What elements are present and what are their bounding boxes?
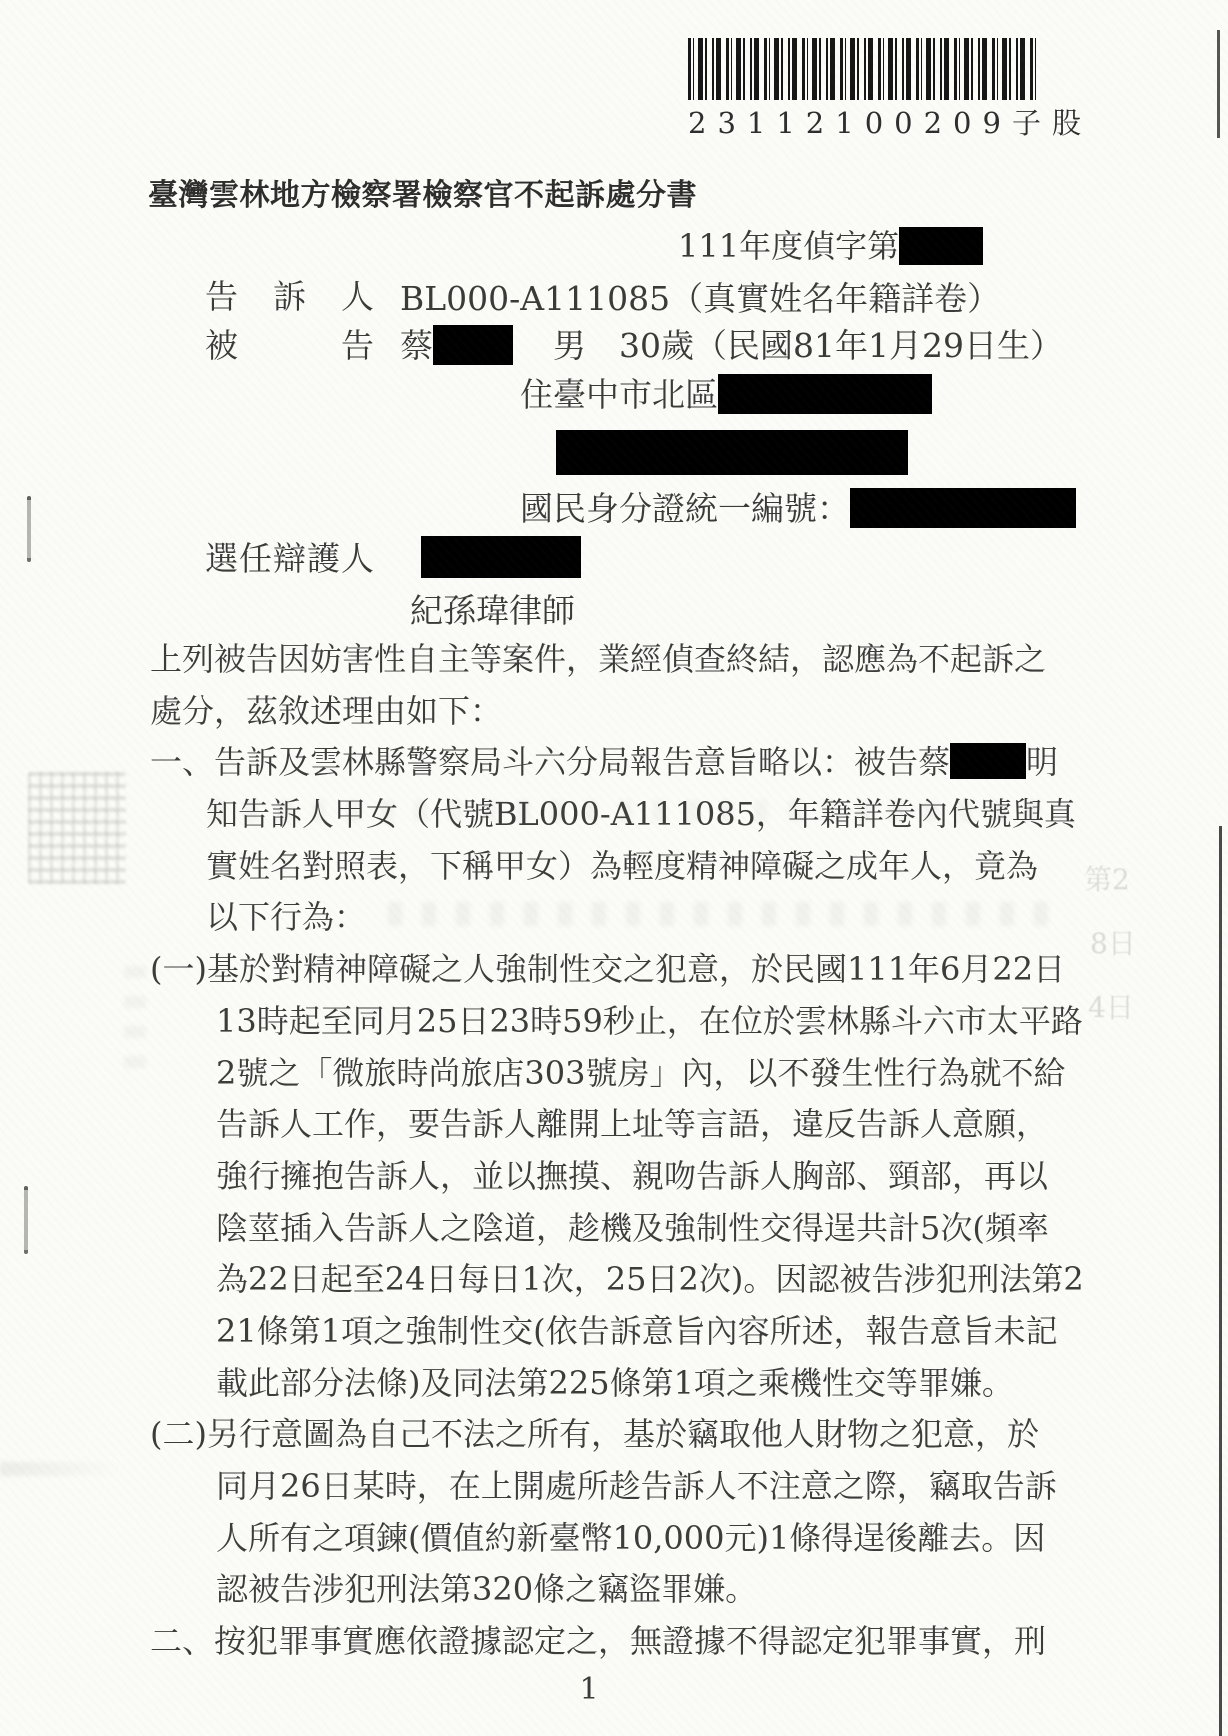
- body-line: 21條第1項之強制性交(依告訴意旨內容所述，報告意旨未記: [150, 1306, 1090, 1358]
- redaction-box: [718, 374, 932, 414]
- id-number-row: 國民身分證統一編號：: [520, 483, 1076, 530]
- redaction-box: [433, 325, 513, 365]
- defendant-address-row: 住臺中市北區: [520, 369, 932, 416]
- body-text: 知告訴人甲女（代號BL000-A111085，年籍詳卷內代號與真: [206, 795, 1076, 833]
- redaction-box: [950, 743, 1026, 779]
- body-text: 二、按犯罪事實應依證據認定之，無證據不得認定犯罪事實，刑: [150, 1622, 1046, 1660]
- body-line: 上列被告因妨害性自主等案件，業經偵查終結，認應為不起訴之: [150, 634, 1090, 686]
- body-text: 載此部分法條)及同法第225條第1項之乘機性交等罪嫌。: [216, 1364, 1014, 1402]
- body-text: (一)基於對精神障礙之人強制性交之犯意，於民國111年6月22日: [150, 950, 1065, 988]
- scan-edge-line: [1217, 30, 1220, 138]
- body-line: 處分，茲敘述理由如下：: [150, 686, 1090, 738]
- body-text: 處分，茲敘述理由如下：: [150, 692, 502, 730]
- defendant-row: 被 告: [205, 320, 375, 367]
- body-line: 以下行為：: [150, 892, 1090, 944]
- scan-edge-line: [1219, 826, 1222, 1736]
- body-text: 明: [1026, 743, 1058, 781]
- body-line: 載此部分法條)及同法第225條第1項之乘機性交等罪嫌。: [150, 1358, 1090, 1410]
- scanned-document-page: 23112100209子股 臺灣雲林地方檢察署檢察官不起訴處分書 111年度偵字…: [0, 0, 1228, 1736]
- faint-stamp-artifact: [28, 772, 126, 884]
- defender-name: 紀孫瑋律師: [410, 585, 575, 632]
- bleedthrough-fragment: 4日: [1088, 986, 1134, 1026]
- body-line: 告訴人工作，要告訴人離開上址等言語，違反告訴人意願，: [150, 1099, 1090, 1151]
- bleedthrough-smudge: [124, 948, 146, 1068]
- bleedthrough-fragment: 8日: [1090, 922, 1136, 962]
- bleedthrough-fragment: 第2: [1084, 858, 1130, 898]
- defender-row: 選任辯護人: [205, 533, 581, 580]
- plaintiff-value: BL000-A111085（真實姓名年籍詳卷）: [400, 273, 1000, 320]
- defendant-value: 蔡男 30歲（民國81年1月29日生）: [400, 320, 1063, 367]
- body-text: 為22日起至24日每日1次，25日2次)。因認被告涉犯刑法第2: [216, 1260, 1084, 1298]
- redaction-box: [556, 430, 908, 475]
- body-text: 21條第1項之強制性交(依告訴意旨內容所述，報告意旨未記: [216, 1312, 1058, 1350]
- body-text: 上列被告因妨害性自主等案件，業經偵查終結，認應為不起訴之: [150, 640, 1046, 678]
- barcode-number: 23112100209子股: [688, 101, 1042, 142]
- plaintiff-label: 告 訴 人: [205, 277, 375, 316]
- body-text: 告訴人工作，要告訴人離開上址等言語，違反告訴人意願，: [216, 1105, 1048, 1143]
- defendant-surname: 蔡: [400, 326, 433, 365]
- body-line: 強行擁抱告訴人，並以撫摸、親吻告訴人胸部、頸部，再以: [150, 1151, 1090, 1203]
- body-line: 認被告涉犯刑法第320條之竊盜罪嫌。: [150, 1564, 1090, 1616]
- body-line: 2號之「微旅時尚旅店303號房」內，以不發生性行為就不給: [150, 1048, 1090, 1100]
- plaintiff-row: 告 訴 人: [205, 271, 375, 318]
- body-line: 13時起至同月25日23時59秒止，在位於雲林縣斗六市太平路: [150, 996, 1090, 1048]
- redaction-box: [421, 536, 581, 578]
- page-number: 1: [0, 1672, 1178, 1707]
- body-line: (二)另行意圖為自己不法之所有，基於竊取他人財物之犯意，於: [150, 1409, 1090, 1461]
- body-line: 人所有之項鍊(價值約新臺幣10,000元)1條得逞後離去。因: [150, 1513, 1090, 1565]
- defender-label: 選任辯護人: [205, 539, 375, 578]
- body-text: 強行擁抱告訴人，並以撫摸、親吻告訴人胸部、頸部，再以: [216, 1157, 1048, 1195]
- body-line: 一、告訴及雲林縣警察局斗六分局報告意旨略以：被告蔡明: [150, 737, 1090, 789]
- staple-mark: [27, 496, 31, 562]
- body-text: 2號之「微旅時尚旅店303號房」內，以不發生性行為就不給: [216, 1054, 1065, 1092]
- address-prefix: 住臺中市北區: [520, 375, 718, 414]
- defendant-info: 男 30歲（民國81年1月29日生）: [553, 326, 1063, 365]
- body-text-block: 上列被告因妨害性自主等案件，業經偵查終結，認應為不起訴之處分，茲敘述理由如下：一…: [150, 634, 1090, 1668]
- body-line: 知告訴人甲女（代號BL000-A111085，年籍詳卷內代號與真: [150, 789, 1090, 841]
- scan-streak: [0, 1462, 120, 1476]
- redaction-box: [850, 488, 1076, 528]
- defendant-label: 被 告: [205, 326, 375, 365]
- document-title: 臺灣雲林地方檢察署檢察官不起訴處分書: [148, 170, 697, 214]
- redaction-box: [899, 227, 983, 265]
- body-text: 認被告涉犯刑法第320條之竊盜罪嫌。: [216, 1570, 757, 1608]
- body-line: 為22日起至24日每日1次，25日2次)。因認被告涉犯刑法第2: [150, 1254, 1090, 1306]
- body-text: 實姓名對照表，下稱甲女）為輕度精神障礙之成年人，竟為: [206, 847, 1038, 885]
- barcode-icon: [688, 38, 1040, 100]
- case-number-line: 111年度偵字第: [678, 221, 983, 267]
- body-text: 以下行為：: [206, 898, 366, 936]
- body-line: (一)基於對精神障礙之人強制性交之犯意，於民國111年6月22日: [150, 944, 1090, 996]
- body-line: 同月26日某時，在上開處所趁告訴人不注意之際，竊取告訴: [150, 1461, 1090, 1513]
- body-text: 13時起至同月25日23時59秒止，在位於雲林縣斗六市太平路: [216, 1002, 1083, 1040]
- body-text: 同月26日某時，在上開處所趁告訴人不注意之際，竊取告訴: [216, 1467, 1057, 1505]
- body-line: 陰莖插入告訴人之陰道，趁機及強制性交得逞共計5次(頻率: [150, 1203, 1090, 1255]
- body-line: 二、按犯罪事實應依證據認定之，無證據不得認定犯罪事實，刑: [150, 1616, 1090, 1668]
- id-label: 國民身分證統一編號：: [520, 489, 850, 528]
- body-text: 陰莖插入告訴人之陰道，趁機及強制性交得逞共計5次(頻率: [216, 1209, 1049, 1247]
- barcode-block: 23112100209子股: [688, 38, 1042, 142]
- body-line: 實姓名對照表，下稱甲女）為輕度精神障礙之成年人，竟為: [150, 841, 1090, 893]
- body-text: 人所有之項鍊(價值約新臺幣10,000元)1條得逞後離去。因: [216, 1519, 1045, 1557]
- body-text: (二)另行意圖為自己不法之所有，基於竊取他人財物之犯意，於: [150, 1415, 1039, 1453]
- case-number-prefix: 111年度偵字第: [678, 227, 899, 265]
- body-text: 一、告訴及雲林縣警察局斗六分局報告意旨略以：被告蔡: [150, 743, 950, 781]
- staple-mark: [24, 1186, 28, 1254]
